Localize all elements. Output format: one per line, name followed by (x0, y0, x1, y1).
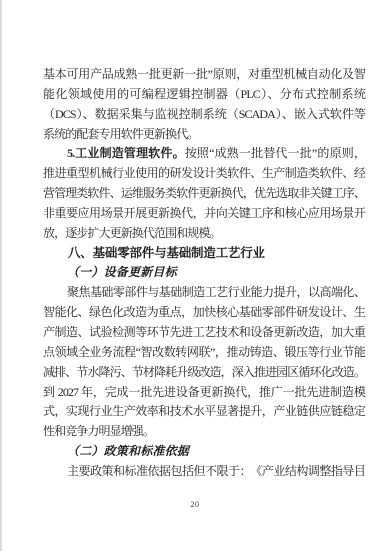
document-line: 推进重型机械行业使用的研发设计类软件、生产制造类软件、经 (43, 164, 365, 184)
document-line: 基本可用产品成熟一批更新一批”原则，对重型机械自动化及智 (43, 65, 365, 85)
document-line: 营管理类软件、运维服务类软件更新换代，优先选取非关键工序、 (43, 184, 365, 204)
document-line: 产制造、试验检测等环节先进工艺技术和设备更新改造，加大重 (43, 323, 365, 343)
document-line: 式，实现行业生产效率和技术水平显著提升，产业链供应链稳定 (43, 402, 365, 422)
page-number: 20 (0, 500, 390, 509)
document-line: 5.工业制造管理软件。按照“成熟一批替代一批”的原则， (43, 144, 365, 164)
subsection-heading: （一）设备更新目标 (43, 263, 365, 283)
document-line: 到 2027 年，完成一批先进设备更新换代，推广一批先进制造模 (43, 383, 365, 403)
document-line: 主要政策和标准依据包括但不限于： 《产业结构调整指导目 (43, 462, 365, 482)
numbered-item-title: 5.工业制造管理软件。 (67, 146, 185, 160)
document-line: 减排、节水降污、节材降耗升级改造，深入推进园区循环化改造。 (43, 363, 365, 383)
document-line: （DCS）、数据采集与监视控制系统（SCADA）、嵌入式软件等 (43, 105, 365, 125)
document-line-text: 按照“成熟一批替代一批”的原则， (185, 146, 365, 160)
subsection-heading: （二）政策和标准依据 (43, 442, 365, 462)
document-line: 点领域全业务流程“智改数转网联”，推动铸造、锻压等行业节能 (43, 343, 365, 363)
scan-left-edge (0, 0, 2, 551)
document-line: 智能化、绿色化改造为重点，加快核心基础零部件研发设计、生 (43, 303, 365, 323)
document-line: 非重要应用场景开展更新换代，并向关键工序和核心应用场景开 (43, 204, 365, 224)
document-line: 性和竞争力明显增强。 (43, 422, 365, 442)
document-line: 系统的配套专用软件更新换代。 (43, 125, 365, 145)
document-line: 放，逐步扩大更新换代范围和规模。 (43, 224, 365, 244)
section-heading: 八、基础零部件与基础制造工艺行业 (43, 244, 365, 264)
document-line: 聚焦基础零部件与基础制造工艺行业能力提升，以高端化、 (43, 283, 365, 303)
document-line: 能化领域使用的可编程逻辑控制器（PLC）、分布式控制系统 (43, 85, 365, 105)
document-page: 基本可用产品成熟一批更新一批”原则，对重型机械自动化及智 能化领域使用的可编程逻… (43, 65, 365, 482)
